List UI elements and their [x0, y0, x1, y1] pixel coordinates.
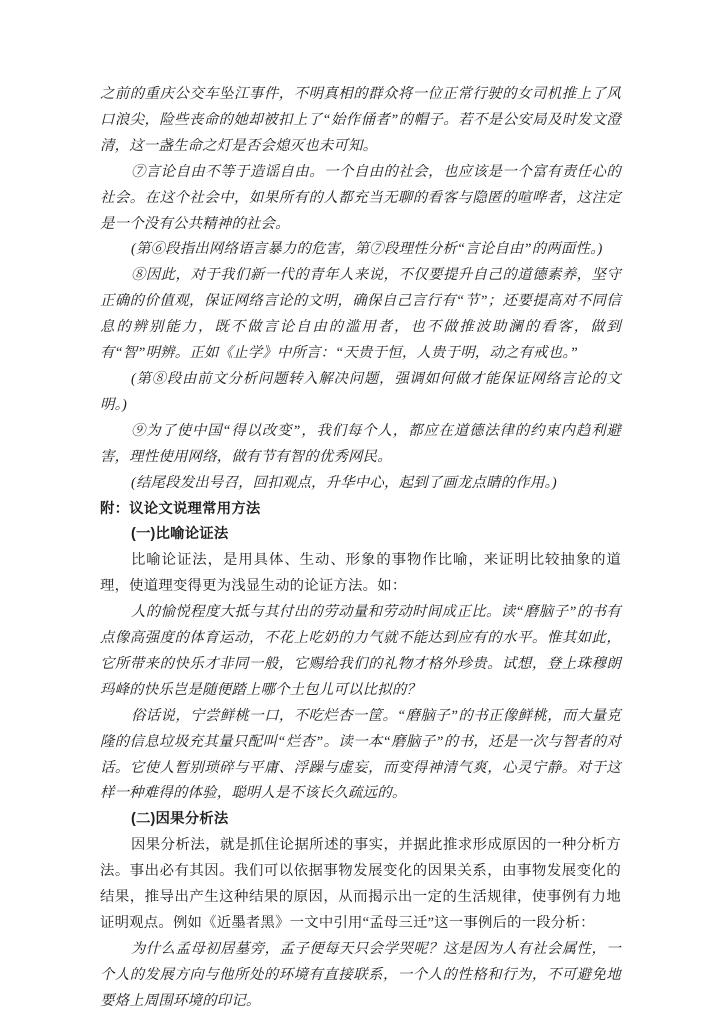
explanation-paragraph: 比喻论证法，是用具体、生动、形象的事物作比喻，来证明比较抽象的道理，使道理变得更…	[100, 548, 621, 600]
example-paragraph: 人的愉悦程度大抵与其付出的劳动量和劳动时间成正比。读“磨脑子”的书有点像高强度的…	[100, 600, 621, 704]
essay-paragraph-8: ⑧因此，对于我们新一代的青年人来说，不仅要提升自己的道德素养，坚守正确的价值观，…	[100, 263, 621, 367]
subsection-heading-metaphor: (一)比喻论证法	[100, 522, 621, 548]
annotation-comment: (第⑥段指出网络语言暴力的危害，第⑦段理性分析“言论自由”的两面性。)	[100, 237, 621, 263]
essay-paragraph-9: ⑨为了使中国“得以改变”，我们每个人，都应在道德法律的约束内趋利避害，理性使用网…	[100, 419, 621, 471]
annotation-comment: (结尾段发出号召，回扣观点，升华中心，起到了画龙点睛的作用。)	[100, 471, 621, 497]
text-column: 之前的重庆公交车坠江事件，不明真相的群众将一位正常行驶的女司机推上了风口浪尖，险…	[100, 82, 621, 1015]
annotation-comment: (第⑧段由前文分析问题转入解决问题，强调如何做才能保证网络言论的文明。)	[100, 367, 621, 419]
explanation-paragraph: 因果分析法，就是抓住论据所述的事实，并据此推求形成原因的一种分析方法。事出必有其…	[100, 833, 621, 937]
subsection-heading-causal: (二)因果分析法	[100, 807, 621, 833]
essay-continuation-paragraph: 之前的重庆公交车坠江事件，不明真相的群众将一位正常行驶的女司机推上了风口浪尖，险…	[100, 82, 621, 160]
essay-paragraph-7: ⑦言论自由不等于造谣自由。一个自由的社会，也应该是一个富有责任心的社会。在这个社…	[100, 160, 621, 238]
example-paragraph: 为什么孟母初居墓旁，孟子便每天只会学哭呢？这是因为人有社会属性，一个人的发展方向…	[100, 937, 621, 1015]
example-paragraph: 俗话说，宁尝鲜桃一口，不吃烂杏一筐。“磨脑子”的书正像鲜桃，而大量克隆的信息垃圾…	[100, 704, 621, 808]
document-page: 之前的重庆公交车坠江事件，不明真相的群众将一位正常行驶的女司机推上了风口浪尖，险…	[0, 0, 720, 1018]
appendix-heading: 附：议论文说理常用方法	[100, 497, 621, 523]
